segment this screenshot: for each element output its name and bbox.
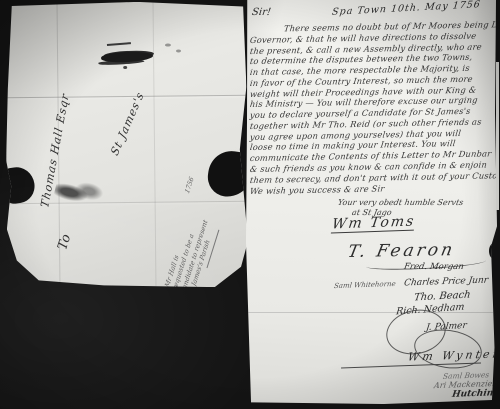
letter-dateline: Spa Town 10th. May 1756 — [331, 0, 481, 18]
fold-crease — [5, 95, 246, 99]
ink-mark — [107, 42, 131, 46]
signature-palmer: J. Palmer — [425, 321, 467, 333]
address-panel-page: To Thomas Hall Esqr St James's 1756 Mr H… — [5, 1, 249, 290]
signature-whitehorne: Saml Whitehorne — [333, 280, 396, 290]
ink-mark — [176, 49, 181, 52]
ink-mark — [165, 44, 171, 47]
ink-blot — [101, 50, 154, 63]
signature-wynter: Wm Wynter — [407, 347, 497, 363]
tear-hole — [0, 165, 37, 206]
fold-crease — [153, 2, 157, 288]
letter-salutation: Sir! — [251, 7, 271, 18]
letter-page: Sir! Spa Town 10th. May 1756 There seems… — [246, 0, 497, 404]
signature-toms: Wm Toms — [331, 213, 417, 233]
signature-price: Charles Price Junr — [403, 276, 488, 289]
signature-morgan: Fred. Morgan — [403, 262, 464, 272]
paper-edge-sliver — [496, 62, 499, 210]
address-destination: St James's — [108, 78, 151, 158]
ink-mark — [123, 66, 127, 69]
letter-closing-line: Your very obedt humble Servts — [337, 198, 464, 207]
annotation-hutchins: Hutchins — [451, 388, 497, 400]
tear-notch — [489, 243, 497, 259]
stain-smudge — [52, 175, 105, 213]
